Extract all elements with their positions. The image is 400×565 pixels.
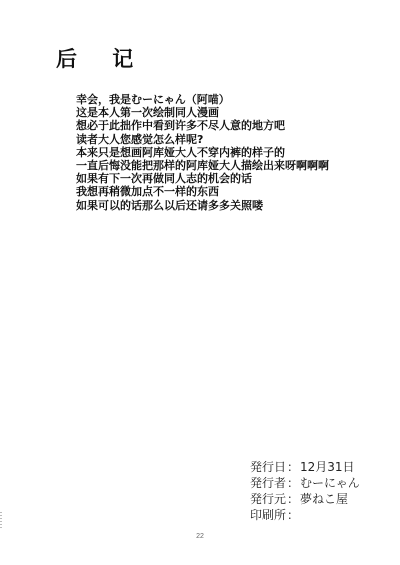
body-line: 一直后悔没能把那样的阿库娅大人描绘出来呀啊啊啊 <box>76 159 376 172</box>
colophon-value: 12月31日 <box>300 460 355 474</box>
afterword-body: 幸会，我是むーにゃん（阿喵） 这是本人第一次绘制同人漫画 想必于此拙作中看到许多… <box>76 93 376 212</box>
colophon-separator: ： <box>286 459 300 475</box>
colophon-label: 印刷所 <box>250 508 286 522</box>
colophon-label: 発行元 <box>250 492 286 506</box>
colophon-label: 発行者 <box>250 476 286 490</box>
colophon: 発行日：12月31日 発行者：むーにゃん 発行元：夢ねこ屋 印刷所： <box>250 459 360 523</box>
colophon-row-circle: 発行元：夢ねこ屋 <box>250 491 360 507</box>
colophon-value: 夢ねこ屋 <box>300 492 348 506</box>
scan-edge-mark <box>0 512 2 528</box>
page-number: 22 <box>0 533 400 540</box>
colophon-value: むーにゃん <box>300 476 360 490</box>
colophon-row-publisher: 発行者：むーにゃん <box>250 475 360 491</box>
body-line: 本来只是想画阿库娅大人不穿内裤的样子的 <box>76 146 376 159</box>
body-line: 我想再稍微加点不一样的东西 <box>76 185 376 198</box>
colophon-separator: ： <box>286 475 300 491</box>
body-line: 如果有下一次再做同人志的机会的话 <box>76 172 376 185</box>
body-line: 这是本人第一次绘制同人漫画 <box>76 106 376 119</box>
body-line: 幸会，我是むーにゃん（阿喵） <box>76 93 376 106</box>
body-line: 读者大人您感觉怎么样呢? <box>76 133 376 146</box>
body-line: 想必于此拙作中看到许多不尽人意的地方吧 <box>76 119 376 132</box>
colophon-row-printer: 印刷所： <box>250 507 360 523</box>
colophon-separator: ： <box>286 507 300 523</box>
page-title: 后 记 <box>56 46 147 72</box>
colophon-separator: ： <box>286 491 300 507</box>
colophon-label: 発行日 <box>250 460 286 474</box>
body-line: 如果可以的话那么以后还请多多关照喽 <box>76 199 376 212</box>
colophon-row-publish-date: 発行日：12月31日 <box>250 459 360 475</box>
